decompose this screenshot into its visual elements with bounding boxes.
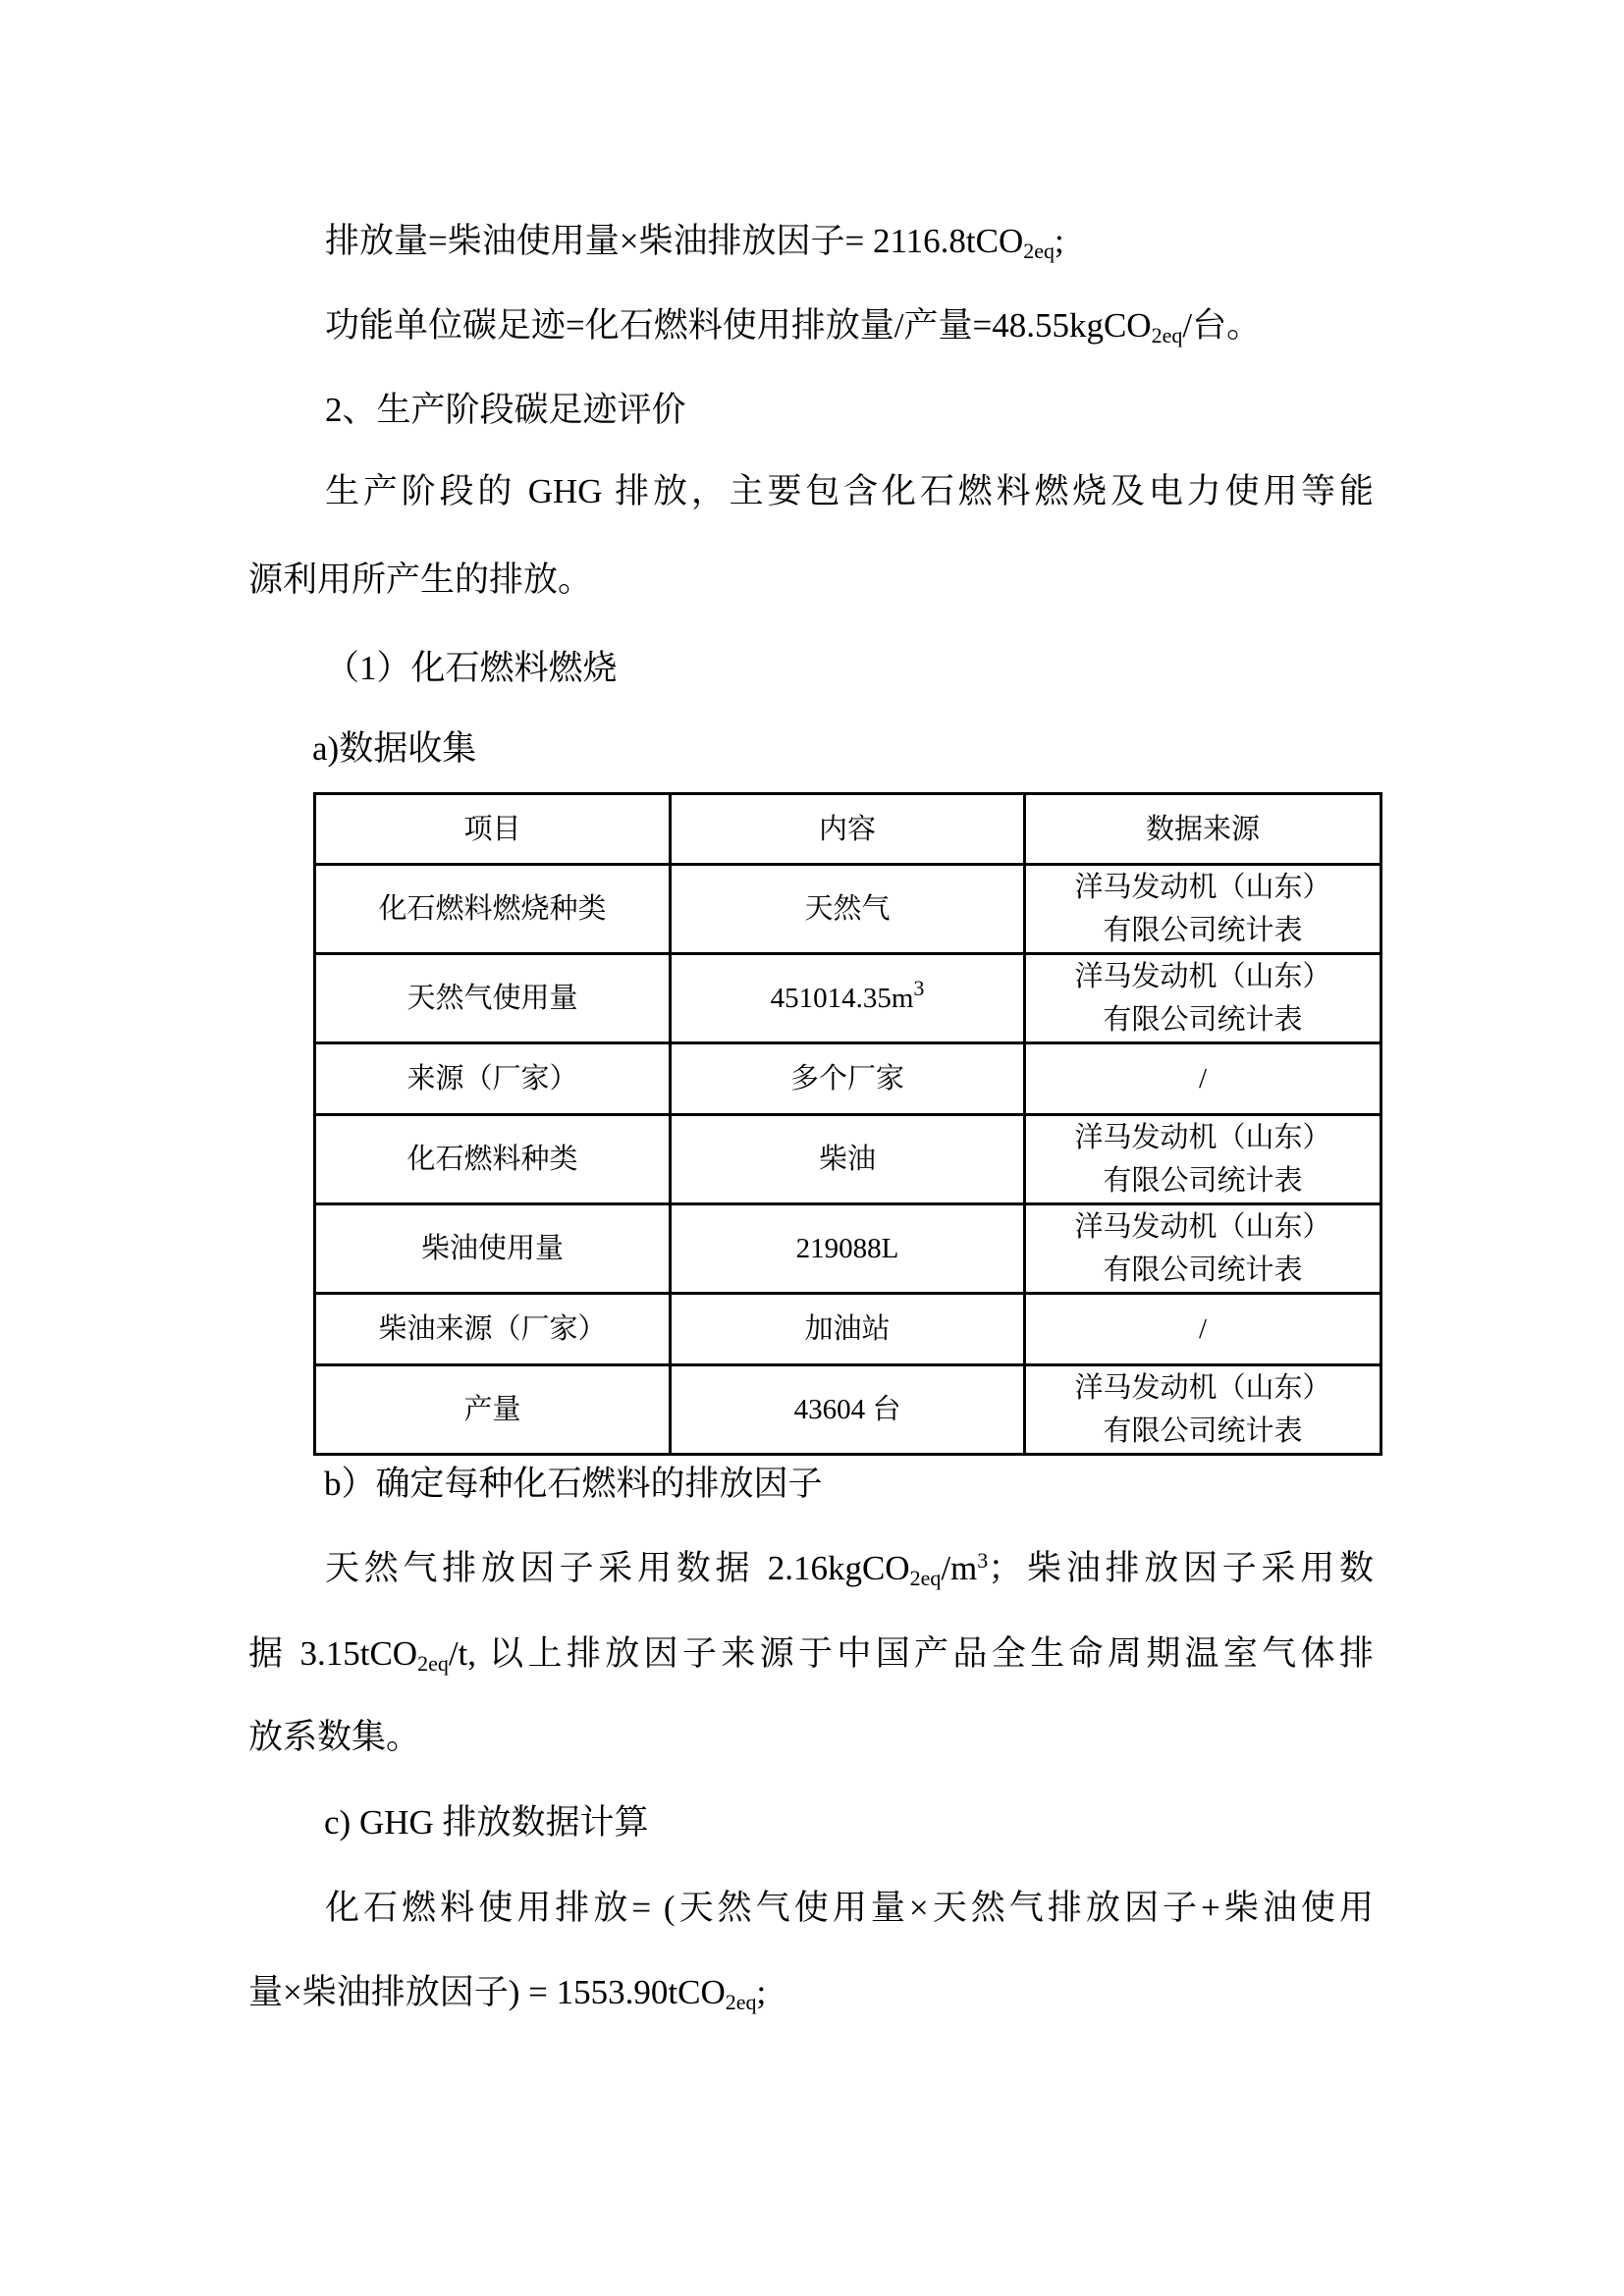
subsection-heading: （1）化石燃料燃烧 [325, 625, 618, 712]
source-line: 有限公司统计表 [1103, 1415, 1302, 1447]
source-line: 有限公司统计表 [1103, 1255, 1302, 1286]
superscript: 3 [977, 1548, 988, 1573]
cell-content: 柴油 [671, 1115, 1025, 1204]
column-header: 项目 [315, 794, 671, 865]
table-row: 化石燃料燃烧种类 天然气 洋马发动机（山东）有限公司统计表 [315, 865, 1381, 954]
item-heading-b: b）确定每种化石燃料的排放因子 [324, 1441, 823, 1527]
cell-source: 洋马发动机（山东）有限公司统计表 [1025, 1204, 1381, 1294]
formula-text: 功能单位碳足迹=化石燃料使用排放量/产量=48.55kgCO [325, 306, 1152, 345]
formula-end: /台。 [1182, 306, 1261, 345]
paragraph-line: 化石燃料使用排放= (天然气使用量×天然气排放因子+柴油使用 [325, 1865, 1374, 1951]
superscript: 3 [913, 976, 924, 1000]
source-line: 有限公司统计表 [1103, 1165, 1302, 1197]
table-header-row: 项目 内容 数据来源 [315, 794, 1381, 865]
cell-source: 洋马发动机（山东）有限公司统计表 [1025, 954, 1381, 1043]
cell-content: 451014.35m3 [671, 954, 1025, 1043]
cell-source: 洋马发动机（山东）有限公司统计表 [1025, 865, 1381, 954]
cell-source: / [1025, 1043, 1381, 1115]
paragraph-line: 天然气排放因子采用数据 2.16kgCO2eq/m3；柴油排放因子采用数 [325, 1525, 1374, 1612]
paragraph-line: 据 3.15tCO2eq/t, 以上排放因子来源于中国产品全生命周期温室气体排 [248, 1611, 1374, 1697]
item-heading-a: a)数据收集 [312, 706, 476, 792]
content-value: 451014.35m [771, 983, 914, 1014]
cell-item: 化石燃料种类 [315, 1115, 671, 1204]
paragraph-line: 源利用所产生的排放。 [248, 537, 592, 623]
text-segment: /m [941, 1549, 977, 1587]
subscript: 2eq [910, 1566, 942, 1590]
cell-content: 多个厂家 [671, 1043, 1025, 1115]
source-line: 洋马发动机（山东） [1074, 1122, 1330, 1153]
cell-content: 219088L [671, 1204, 1025, 1294]
cell-source: / [1025, 1294, 1381, 1365]
column-header: 内容 [671, 794, 1025, 865]
cell-item: 来源（厂家） [315, 1043, 671, 1115]
subscript: 2eq [726, 1990, 757, 2014]
source-line: 洋马发动机（山东） [1074, 872, 1330, 903]
table-row: 化石燃料种类 柴油 洋马发动机（山东）有限公司统计表 [315, 1115, 1381, 1204]
paragraph-line: 生产阶段的 GHG 排放，主要包含化石燃料燃烧及电力使用等能 [325, 449, 1374, 535]
formula-end: ; [1055, 222, 1064, 260]
text-segment: 天然气排放因子采用数据 2.16kgCO [325, 1549, 910, 1587]
table-row: 天然气使用量 451014.35m3 洋马发动机（山东）有限公司统计表 [315, 954, 1381, 1043]
table-row: 柴油使用量 219088L 洋马发动机（山东）有限公司统计表 [315, 1204, 1381, 1294]
subscript: 2eq [1023, 239, 1055, 263]
text-segment: ; [757, 1973, 767, 2011]
cell-source: 洋马发动机（山东）有限公司统计表 [1025, 1115, 1381, 1204]
subscript: 2eq [417, 1651, 449, 1676]
source-line: 有限公司统计表 [1103, 1004, 1302, 1036]
source-line: 有限公司统计表 [1103, 915, 1302, 946]
text-segment: 据 3.15tCO [248, 1634, 417, 1673]
paragraph-line: 放系数集。 [248, 1694, 420, 1781]
text-segment: 量×柴油排放因子) = 1553.90tCO [248, 1973, 726, 2011]
paragraph-line: 量×柴油排放因子) = 1553.90tCO2eq; [248, 1949, 766, 2036]
formula-text: 排放量=柴油使用量×柴油排放因子= 2116.8tCO [325, 222, 1023, 260]
table-row: 柴油来源（厂家） 加油站 / [315, 1294, 1381, 1365]
source-line: 洋马发动机（山东） [1074, 1372, 1330, 1404]
cell-source: 洋马发动机（山东）有限公司统计表 [1025, 1365, 1381, 1455]
source-line: 洋马发动机（山东） [1074, 1211, 1330, 1243]
cell-content: 加油站 [671, 1294, 1025, 1365]
cell-item: 柴油来源（厂家） [315, 1294, 671, 1365]
cell-item: 天然气使用量 [315, 954, 671, 1043]
unit-carbon-footprint-formula: 功能单位碳足迹=化石燃料使用排放量/产量=48.55kgCO2eq/台。 [325, 283, 1261, 369]
item-heading-c: c) GHG 排放数据计算 [324, 1780, 649, 1866]
cell-content: 天然气 [671, 865, 1025, 954]
text-segment: /t, 以上排放因子来源于中国产品全生命周期温室气体排 [449, 1634, 1374, 1673]
table-row: 来源（厂家） 多个厂家 / [315, 1043, 1381, 1115]
diesel-emission-formula: 排放量=柴油使用量×柴油排放因子= 2116.8tCO2eq; [325, 198, 1064, 285]
text-segment: ；柴油排放因子采用数 [988, 1549, 1374, 1587]
data-collection-table: 项目 内容 数据来源 化石燃料燃烧种类 天然气 洋马发动机（山东）有限公司统计表… [313, 792, 1382, 1456]
cell-item: 柴油使用量 [315, 1204, 671, 1294]
source-line: 洋马发动机（山东） [1074, 961, 1330, 992]
subscript: 2eq [1152, 323, 1183, 347]
section-heading: 2、生产阶段碳足迹评价 [325, 367, 686, 454]
cell-item: 化石燃料燃烧种类 [315, 865, 671, 954]
column-header: 数据来源 [1025, 794, 1381, 865]
